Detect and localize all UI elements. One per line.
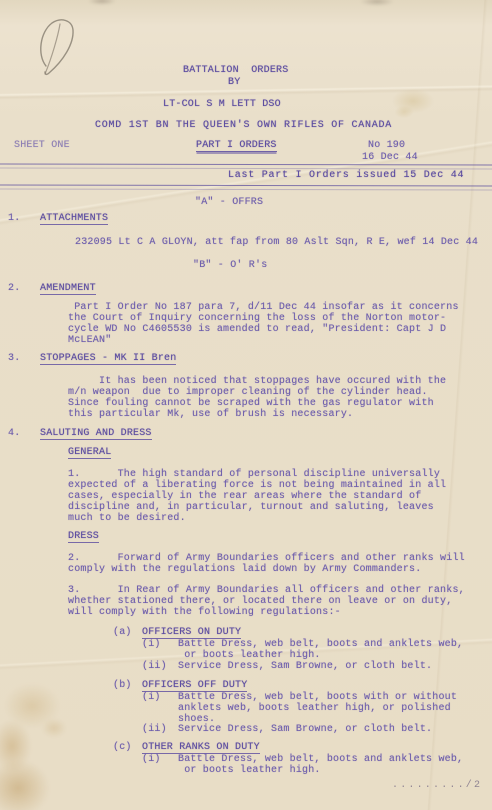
edge-smudge-top-right <box>360 0 394 6</box>
general-para1: 1. The high standard of personal discipl… <box>68 469 446 524</box>
last-orders-note: Last Part I Orders issued 15 Dec 44 <box>228 170 464 181</box>
sub-b-item-i-text: Battle Dress, web belt, boots with or wi… <box>178 692 457 725</box>
dress-para3: 3. In Rear of Army Boundaries all office… <box>68 585 465 618</box>
sheet-number: SHEET ONE <box>14 140 70 151</box>
item4-number: 4. <box>8 428 20 439</box>
sub-b-item-i-label: (i) <box>142 692 161 703</box>
sub-b-label: (b) <box>113 680 132 691</box>
section-a-banner: "A" - OFFRS <box>195 197 263 208</box>
edge-smudge-top-left <box>88 0 116 5</box>
order-number: No 190 <box>368 140 405 151</box>
general-subheading: GENERAL <box>68 447 111 459</box>
item2-heading: AMENDMENT <box>40 283 96 295</box>
scanned-order-page: BATTALION ORDERS BY LT-COL S M LETT DSO … <box>0 0 492 810</box>
commander-name: LT-COL S M LETT DSO <box>163 99 281 110</box>
unit-name: COMD 1ST BN THE QUEEN'S OWN RIFLES OF CA… <box>95 120 392 131</box>
doc-title-by: BY <box>228 77 240 88</box>
sub-a-label: (a) <box>113 627 132 638</box>
sub-c-item-i-text: Battle Dress, web belt, boots and anklet… <box>178 754 463 776</box>
item3-heading: STOPPAGES - MK II Bren <box>40 353 176 365</box>
item1-number: 1. <box>8 213 20 224</box>
item2-number: 2. <box>8 283 20 294</box>
item3-paragraph: It has been noticed that stoppages have … <box>68 376 446 420</box>
sub-b-item-ii-label: (ii) <box>142 724 167 735</box>
sub-c-heading: OTHER RANKS ON DUTY <box>142 742 260 754</box>
order-date: 16 Dec 44 <box>362 152 418 163</box>
horizontal-rule-2 <box>0 184 492 190</box>
sub-a-item-i-label: (i) <box>142 639 161 650</box>
section-b-banner: "B" - O' R's <box>193 260 267 271</box>
sub-a-heading: OFFICERS ON DUTY <box>142 627 241 639</box>
item2-paragraph: Part I Order No 187 para 7, d/11 Dec 44 … <box>68 302 459 346</box>
item3-number: 3. <box>8 353 20 364</box>
sub-a-item-ii-text: Service Dress, Sam Browne, or cloth belt… <box>178 661 432 672</box>
page-continuation-mark: ........./2 <box>392 780 482 791</box>
pencil-mark-d-icon <box>33 17 77 83</box>
stain-bottom-left <box>0 678 105 810</box>
sub-a-item-i-text: Battle Dress, web belt, boots and anklet… <box>178 639 463 661</box>
doc-title: BATTALION ORDERS <box>183 65 288 76</box>
item4-heading: SALUTING AND DRESS <box>40 428 152 440</box>
item1-body: 232095 Lt C A GLOYN, att fap from 80 Asl… <box>75 237 478 248</box>
part-title: PART I ORDERS <box>196 140 277 152</box>
sub-b-item-ii-text: Service Dress, Sam Browne, or cloth belt… <box>178 724 432 735</box>
sub-c-item-i-label: (i) <box>142 754 161 765</box>
dress-subheading: DRESS <box>68 531 99 543</box>
sub-a-item-ii-label: (ii) <box>142 661 167 672</box>
horizontal-rule-1 <box>0 163 492 169</box>
sub-c-label: (c) <box>113 742 132 753</box>
dress-para2: 2. Forward of Army Boundaries officers a… <box>68 553 465 575</box>
sub-b-heading: OFFICERS OFF DUTY <box>142 680 247 692</box>
item1-heading: ATTACHMENTS <box>40 213 108 225</box>
